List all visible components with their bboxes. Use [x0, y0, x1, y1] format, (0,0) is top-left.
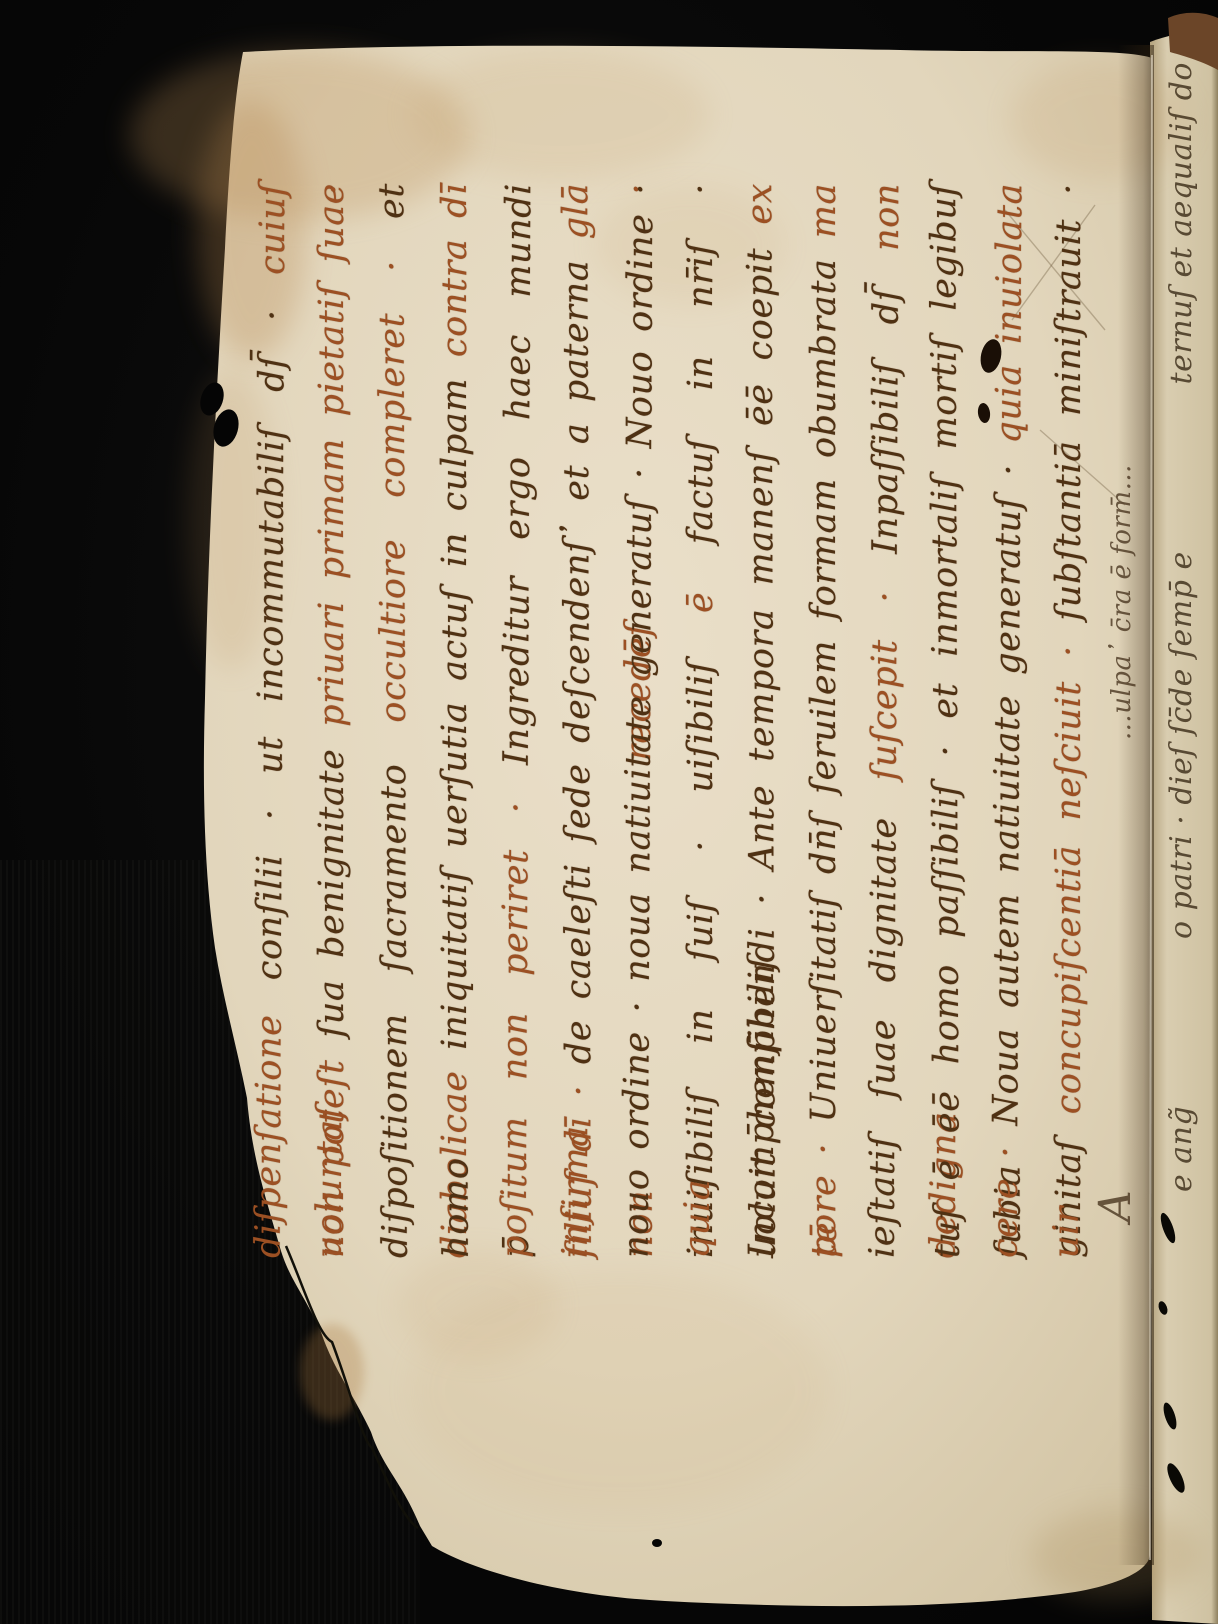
manuscript-line-13: cere · Noua autem natiuitate generatuſ ·…: [975, 183, 1041, 1258]
gutter-text-fragment: …ulpa᾿ c̄ra ē form̄…: [1107, 464, 1137, 740]
text-segment: ſubſtantiā miniſtrauit ·: [1049, 183, 1089, 621]
text-segment: occultiore compleret ·: [372, 219, 414, 723]
facing-page-text-fragments: e ang̃o patri · dieſ ſc̄de ſemp̄ eternuſ…: [1164, 62, 1199, 1192]
text-segment: contra dī: [435, 183, 475, 357]
text-segment: ieſtatiſ ſuae dignitate: [863, 780, 905, 1258]
gutter-line-fragment: A …ulpa᾿ c̄ra ē form̄…: [1090, 464, 1141, 1222]
manuscript-line-9: uoluit comp̄hendi · Ante tempora manenſ …: [730, 183, 795, 1258]
text-segment: Inpaſſibiliſ dſ̄: [866, 251, 907, 554]
text-segment: filiuſ dī ·: [559, 1064, 600, 1258]
text-segment: quia: [678, 1179, 718, 1259]
manuscript-line-11: ieſtatiſ ſuae dignitate ſuſcepit · Inpaſ…: [853, 183, 919, 1258]
manuscript-line-10: pore · Uniuerſitatiſ dn̄ſ ſeruilem forma…: [794, 183, 855, 1258]
text-segment: inuiſibiliſ in ſuiſ · uiſibiliſ: [681, 613, 721, 1258]
text-segment: de caeleſti ſede deſcendenſ᾿ et a patern…: [556, 239, 599, 1064]
manuscript-line-7: nouo ordine · noua natiuitate generatuſ …: [607, 183, 673, 1258]
manuscript-line-5: poſitum non periret · Ingreditur ergo ha…: [484, 183, 550, 1258]
facing-page-fragment: ternuſ et aequaliſ do: [1164, 62, 1199, 384]
text-segment: diſpoſitionem ſacramento: [374, 723, 416, 1259]
flourished-initial-A: A: [1090, 1190, 1141, 1222]
text-segment: Uniuerſitatiſ dn̄ſ ſeruilem formam obumb…: [804, 238, 844, 1122]
text-segment: Ingreditur ergo haec mundi: [496, 183, 539, 765]
text-segment: cere ·: [985, 1125, 1026, 1258]
facing-page-fragment: o patri · dieſ ſc̄de ſemp̄ e: [1164, 551, 1199, 939]
manuscript-line-8: inuiſibiliſ in ſuiſ · uiſibiliſ ē factuſ…: [671, 183, 732, 1258]
text-segment: ma: [804, 183, 844, 238]
text-segment: nouo ordine · noua natiuitate generatuſ …: [617, 183, 662, 1258]
manuscript-line-3: diſpoſitionem ſacramento occultiore comp…: [362, 183, 427, 1258]
text-segment: Noua autem natiuitate generatuſ ·: [986, 444, 1029, 1126]
manuscript-text-block: diſpenſatione conſilii · ut incommutabil…: [241, 183, 1100, 1258]
manuscript-line-12: tuſ ē ēē homo paſſibiliſ · et inmortaliſ…: [914, 183, 979, 1258]
text-segment: poſitum non periret ·: [494, 765, 536, 1258]
manuscript-line-6: filiuſ dī · de caeleſti ſede deſcendenſ᾿…: [546, 183, 611, 1258]
manuscript-line-1: diſpenſatione conſilii · ut incommutabil…: [239, 183, 305, 1258]
text-segment: concupiſcentiā neſciuit ·: [1049, 621, 1089, 1114]
text-segment: ē: [681, 544, 721, 613]
text-segment: uoluit comp̄hendi · Ante tempora manenſ …: [740, 225, 784, 1258]
text-segment: conſilii · ut incommutabiliſ dſ̄ ·: [250, 275, 293, 981]
facing-page-fragment: e ang̃: [1164, 1106, 1199, 1192]
text-segment: ſuſcepit ·: [865, 554, 906, 781]
manuscript-line-4: diabolicae iniquitatiſ uerſutia actuſ in…: [425, 183, 486, 1258]
manuscript-photo: diſpenſatione conſilii · ut incommutabil…: [0, 0, 1218, 1624]
text-segment: iniquitatiſ uerſutia actuſ in culpam: [435, 357, 475, 1050]
text-segment: diſpenſatione: [249, 980, 290, 1258]
